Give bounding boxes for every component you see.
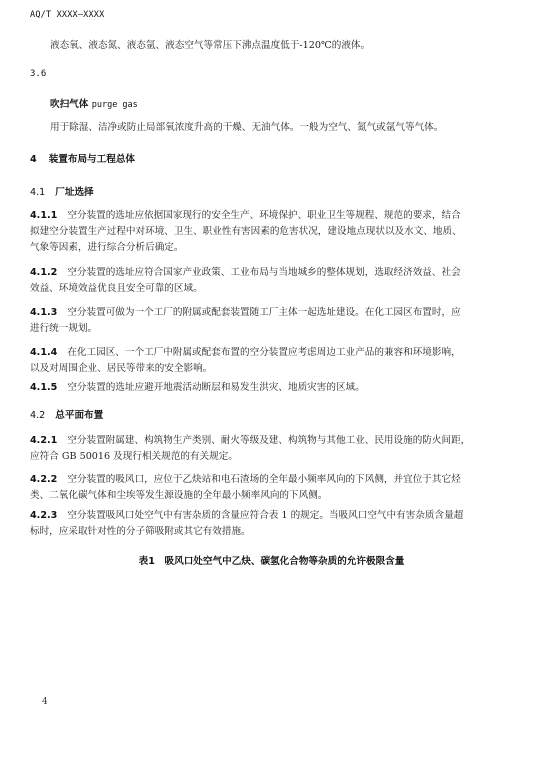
term-english: purge gas: [92, 100, 138, 110]
subsection-heading-4-2: 4.2总平面布置: [30, 410, 103, 422]
clause-number: 4.1.4: [30, 347, 57, 358]
term-number: 3.6: [30, 69, 46, 79]
clause-4-1-3-line-1: 4.1.3空分装置可做为一个工厂的附属或配套装置随工厂主体一起选址建设。在化工园…: [30, 307, 461, 319]
clause-text: 空分装置的吸风口，应位于乙炔站和电石渣场的全年最小频率风向的下风侧，并宜位于其它…: [67, 474, 460, 485]
clause-4-2-2-line-1: 4.2.2空分装置的吸风口，应位于乙炔站和电石渣场的全年最小频率风向的下风侧，并…: [30, 474, 461, 486]
clause-4-2-1-line-1: 4.2.1空分装置附属建、构筑物生产类别、耐火等级及建、构筑物与其他工业、民用设…: [30, 435, 470, 447]
subsection-heading-4-1: 4.1厂址选择: [30, 187, 94, 199]
subsection-number: 4.2: [30, 410, 45, 421]
clause-4-1-5-line-1: 4.1.5空分装置的选址应避开地震活动断层和易发生洪灾、地质灾害的区域。: [30, 382, 365, 394]
clause-number: 4.1.2: [30, 267, 57, 278]
clause-4-1-1-line-3: 气象等因素，进行综合分析后确定。: [30, 242, 184, 254]
clause-text: 在化工园区、一个工厂中附属或配套布置的空分装置应考虑周边工业产品的兼容和环境影响…: [67, 347, 460, 358]
subsection-title: 总平面布置: [55, 410, 103, 421]
clause-text: 空分装置的选址应避开地震活动断层和易发生洪灾、地质灾害的区域。: [67, 382, 364, 393]
section-number: 4: [30, 154, 37, 165]
clause-text: 空分装置吸风口处空气中有害杂质的含量应符合表 1 的规定。当吸风口空气中有害杂质…: [67, 510, 463, 521]
clause-4-2-3-line-1: 4.2.3空分装置吸风口处空气中有害杂质的含量应符合表 1 的规定。当吸风口空气…: [30, 510, 463, 522]
clause-4-2-3-line-2: 标时，应采取针对性的分子筛吸附或其它有效措施。: [30, 526, 251, 538]
clause-4-1-1-line-2: 拟建空分装置生产过程中对环境、卫生、职业性有害因素的危害状况，建设地点现状以及水…: [30, 226, 462, 238]
clause-4-1-2-line-1: 4.1.2空分装置的选址应符合国家产业政策、工业布局与当地城乡的整体规划，选取经…: [30, 267, 461, 279]
clause-number: 4.2.1: [30, 435, 57, 446]
term-title: 吹扫气体 purge gas: [50, 96, 138, 110]
standard-code-header: AQ/T XXXX—XXXX: [30, 10, 104, 20]
definition-text-liquid: 液态氧、液态氮、液态氩、液态空气等常压下沸点温度低于-120℃的液体。: [50, 40, 370, 52]
clause-number: 4.1.5: [30, 382, 57, 393]
clause-4-1-2-line-2: 效益、环境效益优良且安全可靠的区域。: [30, 283, 203, 295]
table-1-caption: 表1 吸风口处空气中乙炔、碳氢化合物等杂质的允许极限含量: [0, 553, 543, 567]
clause-text: 空分装置的选址应符合国家产业政策、工业布局与当地城乡的整体规划，选取经济效益、社…: [67, 267, 460, 278]
subsection-title: 厂址选择: [55, 187, 93, 198]
section-heading-4: 4装置布局与工程总体: [30, 154, 135, 166]
clause-4-2-2-line-2: 类、二氧化碳气体和尘埃等发生源设施的全年最小频率风向的下风侧。: [30, 490, 327, 502]
page-number: 4: [42, 697, 48, 707]
term-chinese: 吹扫气体: [50, 99, 88, 110]
clause-number: 4.2.2: [30, 474, 57, 485]
clause-4-1-1-line-1: 4.1.1空分装置的选址应依据国家现行的安全生产、环境保护、职业卫生等规程、规范…: [30, 210, 461, 222]
clause-4-1-3-line-2: 进行统一规划。: [30, 323, 97, 335]
clause-number: 4.2.3: [30, 510, 57, 521]
clause-text: 空分装置可做为一个工厂的附属或配套装置随工厂主体一起选址建设。在化工园区布置时，…: [67, 307, 460, 318]
clause-number: 4.1.1: [30, 210, 57, 221]
document-page: AQ/T XXXX—XXXX 液态氧、液态氮、液态氩、液态空气等常压下沸点温度低…: [0, 0, 543, 759]
clause-text: 空分装置附属建、构筑物生产类别、耐火等级及建、构筑物与其他工业、民用设施的防火间…: [67, 435, 470, 446]
clause-4-1-4-line-2: 以及对周围企业、居民等带来的安全影响。: [30, 363, 212, 375]
clause-text: 空分装置的选址应依据国家现行的安全生产、环境保护、职业卫生等规程、规范的要求，结…: [67, 210, 460, 221]
clause-4-2-1-line-2: 应符合 GB 50016 及现行相关规范的有关规定。: [30, 451, 238, 463]
term-definition: 用于除湿、洁净或防止局部氧浓度升高的干燥、无油气体。一般为空气、氮气或氩气等气体…: [50, 122, 443, 134]
section-title: 装置布局与工程总体: [49, 154, 135, 165]
subsection-number: 4.1: [30, 187, 45, 198]
clause-number: 4.1.3: [30, 307, 57, 318]
clause-4-1-4-line-1: 4.1.4在化工园区、一个工厂中附属或配套布置的空分装置应考虑周边工业产品的兼容…: [30, 347, 461, 359]
